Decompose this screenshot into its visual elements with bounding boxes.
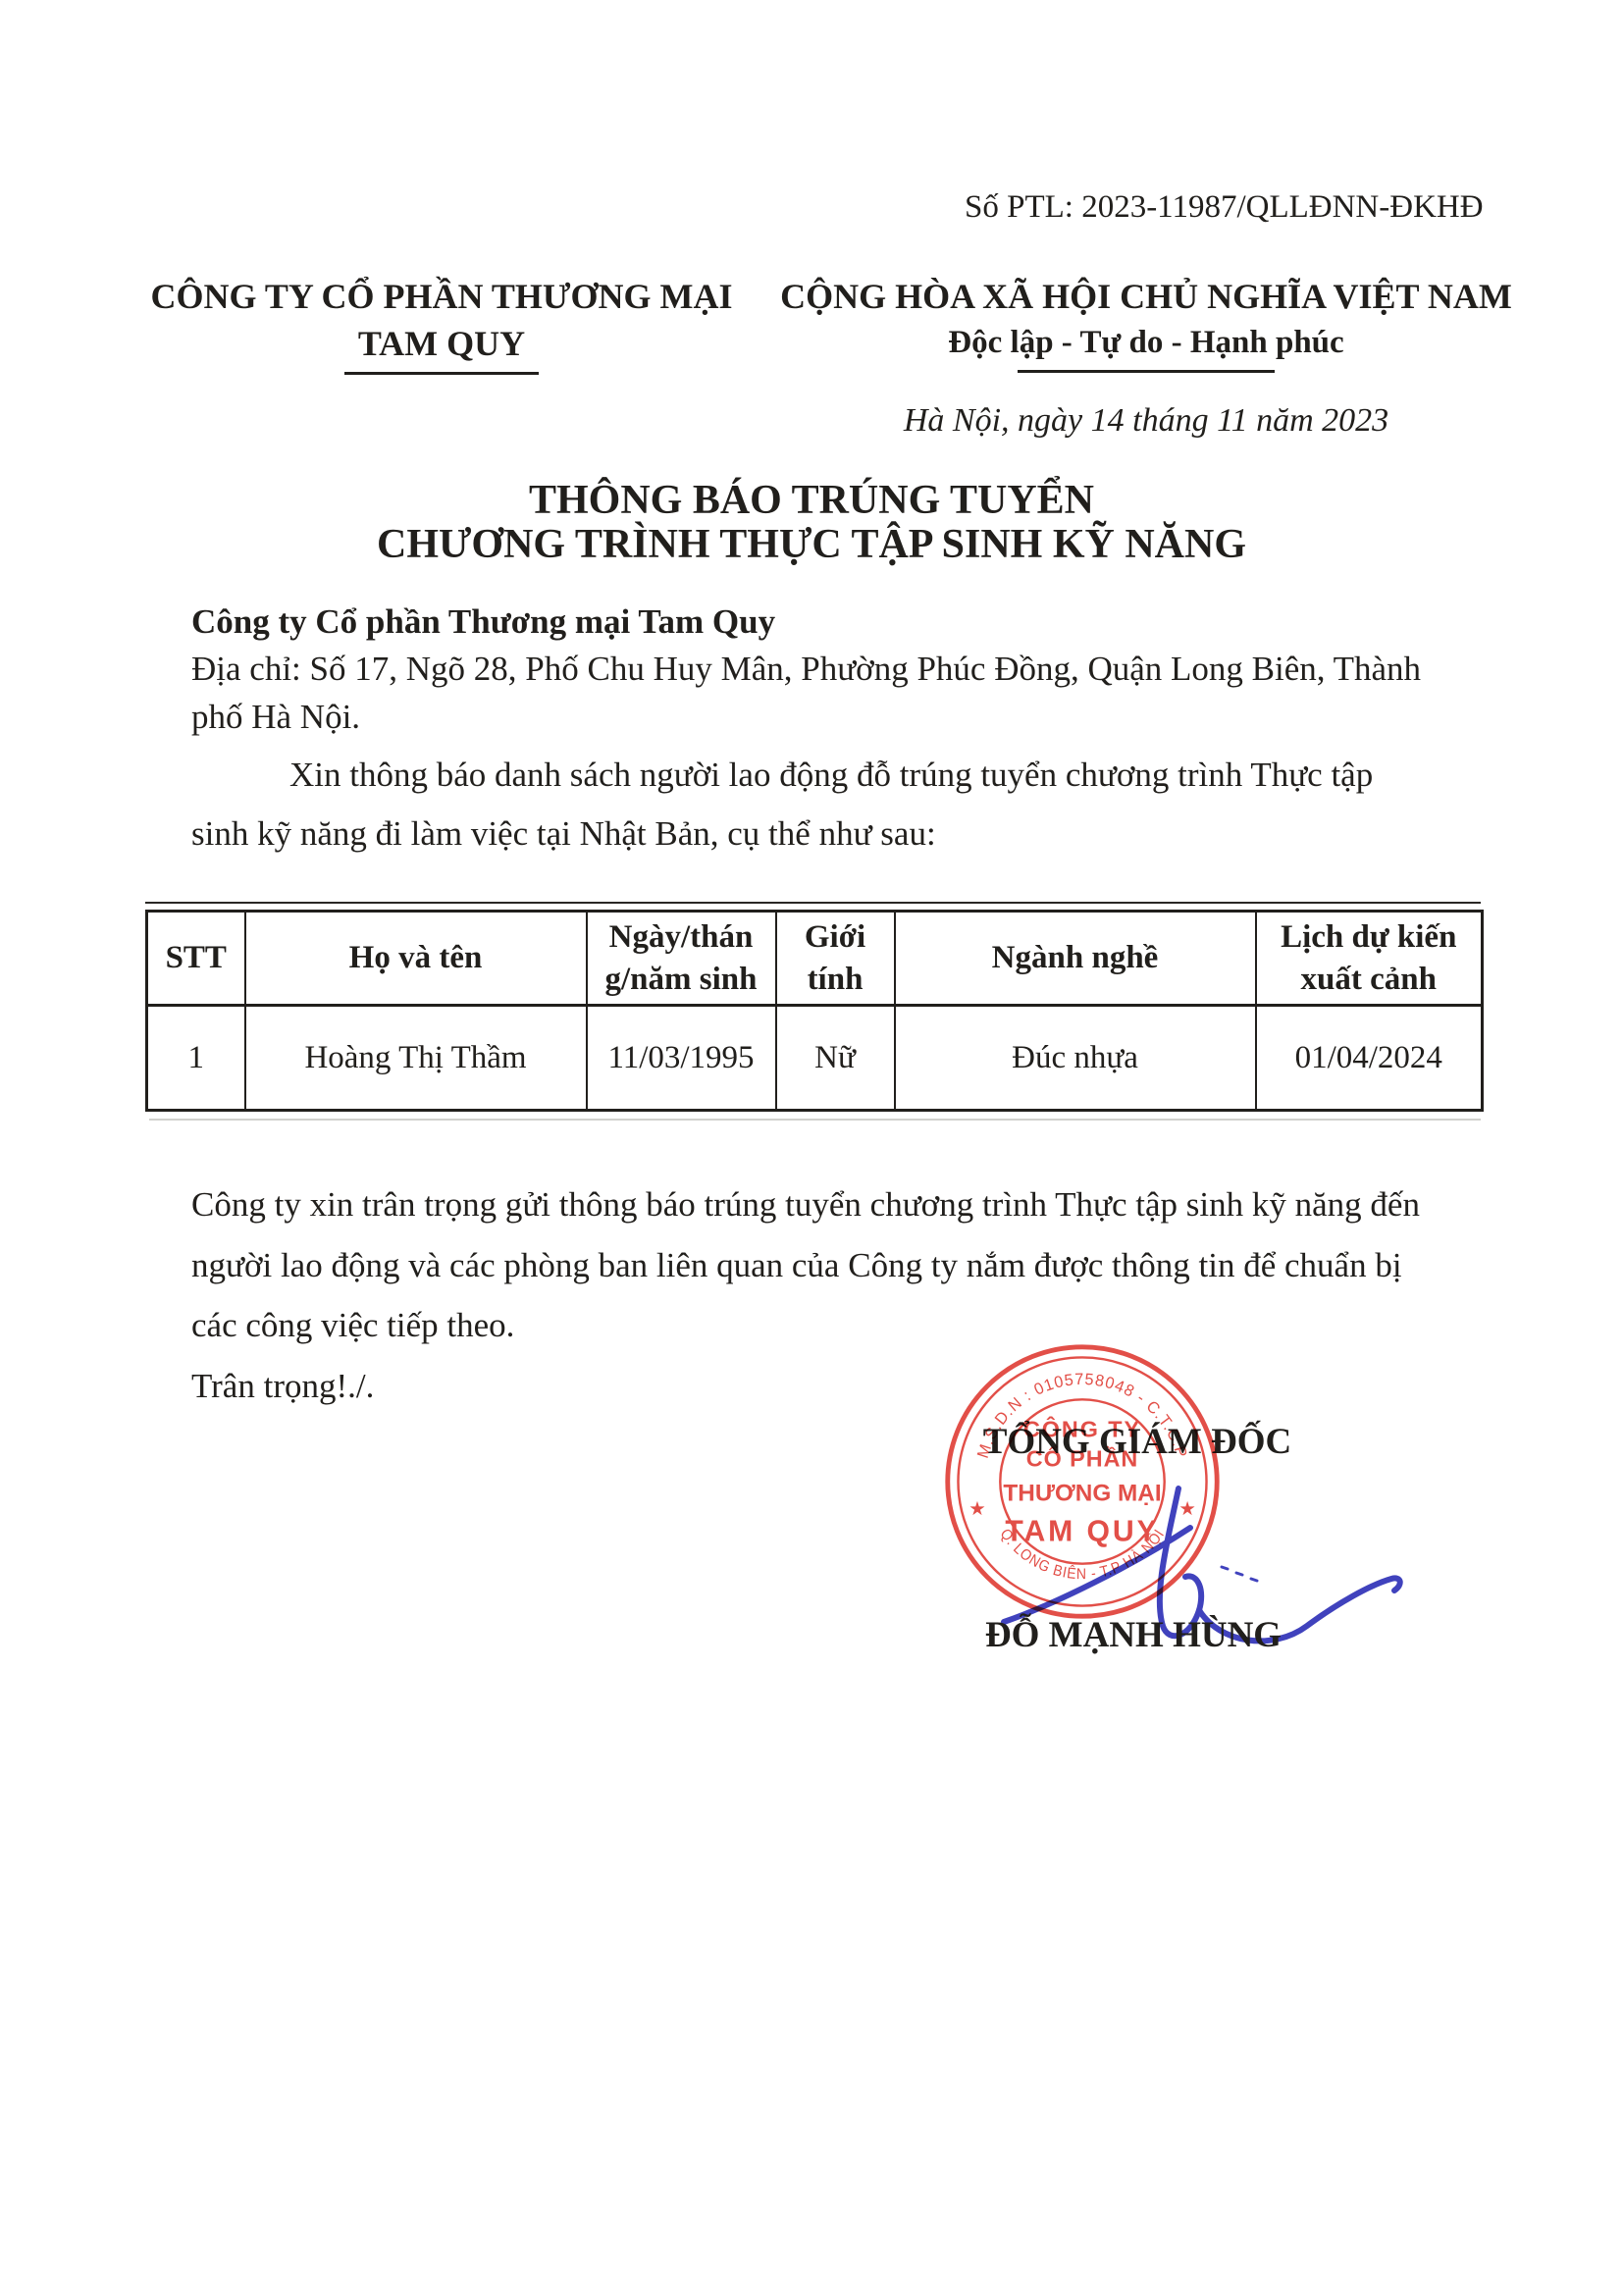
- col-header-stt: STT: [147, 912, 245, 1006]
- national-motto: Độc lập - Tự do - Hạnh phúc: [773, 321, 1519, 365]
- cell-departure: 01/04/2024: [1256, 1006, 1483, 1111]
- document-title: THÔNG BÁO TRÚNG TUYỂN CHƯƠNG TRÌNH THỰC …: [0, 479, 1623, 566]
- intro-paragraph: Xin thông báo danh sách người lao động đ…: [191, 746, 1506, 862]
- col-header-gender: Giới tính: [776, 912, 895, 1006]
- cell-gender: Nữ: [776, 1006, 895, 1111]
- col-header-dob: Ngày/thán g/năm sinh: [587, 912, 776, 1006]
- candidate-table: STT Họ và tên Ngày/thán g/năm sinh Giới …: [145, 910, 1484, 1112]
- signatory-name: ĐỖ MẠNH HÙNG: [937, 1614, 1330, 1656]
- company-info-block: Công ty Cổ phần Thương mại Tam Quy Địa c…: [191, 599, 1506, 741]
- company-header-line2: TAM QUY: [137, 321, 746, 367]
- title-line1: THÔNG BÁO TRÚNG TUYỂN: [0, 479, 1623, 523]
- date-line: Hà Nội, ngày 14 tháng 11 năm 2023: [773, 402, 1519, 440]
- star-icon: ★: [969, 1498, 985, 1520]
- company-header-line1: CÔNG TY CỔ PHẦN THƯƠNG MẠI: [137, 273, 746, 321]
- cell-stt: 1: [147, 1006, 245, 1111]
- col-header-departure: Lịch dự kiến xuất cảnh: [1256, 912, 1483, 1006]
- table-row: 1 Hoàng Thị Thầm 11/03/1995 Nữ Đúc nhựa …: [147, 1006, 1483, 1111]
- table-header-row: STT Họ và tên Ngày/thán g/năm sinh Giới …: [147, 912, 1483, 1006]
- closing-paragraph: Công ty xin trân trọng gửi thông báo trú…: [191, 1174, 1506, 1356]
- signature-dots: [1222, 1567, 1257, 1581]
- national-motto-underline: [1018, 370, 1275, 373]
- company-name: Công ty Cổ phần Thương mại Tam Quy: [191, 599, 1506, 646]
- table-top-rule: [145, 902, 1481, 904]
- closing-block: Công ty xin trân trọng gửi thông báo trú…: [191, 1174, 1506, 1416]
- col-header-name: Họ và tên: [245, 912, 587, 1006]
- title-line2: CHƯƠNG TRÌNH THỰC TẬP SINH KỸ NĂNG: [0, 523, 1623, 567]
- cell-name: Hoàng Thị Thầm: [245, 1006, 587, 1111]
- company-header-block: CÔNG TY CỔ PHẦN THƯƠNG MẠI TAM QUY: [137, 273, 746, 375]
- cell-dob: 11/03/1995: [587, 1006, 776, 1111]
- company-address: Địa chỉ: Số 17, Ngõ 28, Phố Chu Huy Mân,…: [191, 646, 1506, 741]
- regards-line: Trân trọng!./.: [191, 1356, 1506, 1417]
- national-header-block: CỘNG HÒA XÃ HỘI CHỦ NGHĨA VIỆT NAM Độc l…: [773, 273, 1519, 440]
- national-header-line1: CỘNG HÒA XÃ HỘI CHỦ NGHĨA VIỆT NAM: [773, 273, 1519, 321]
- stamp-center-line1: CÔNG TY: [1023, 1415, 1141, 1441]
- document-number: Số PTL: 2023-11987/QLLĐNN-ĐKHĐ: [965, 189, 1484, 226]
- cell-occupation: Đúc nhựa: [895, 1006, 1256, 1111]
- col-header-occupation: Ngành nghề: [895, 912, 1256, 1006]
- scanned-letter-page: Số PTL: 2023-11987/QLLĐNN-ĐKHĐ CÔNG TY C…: [0, 0, 1623, 2296]
- company-header-underline: [344, 372, 539, 375]
- table-bottom-scan-shadow: [149, 1119, 1481, 1121]
